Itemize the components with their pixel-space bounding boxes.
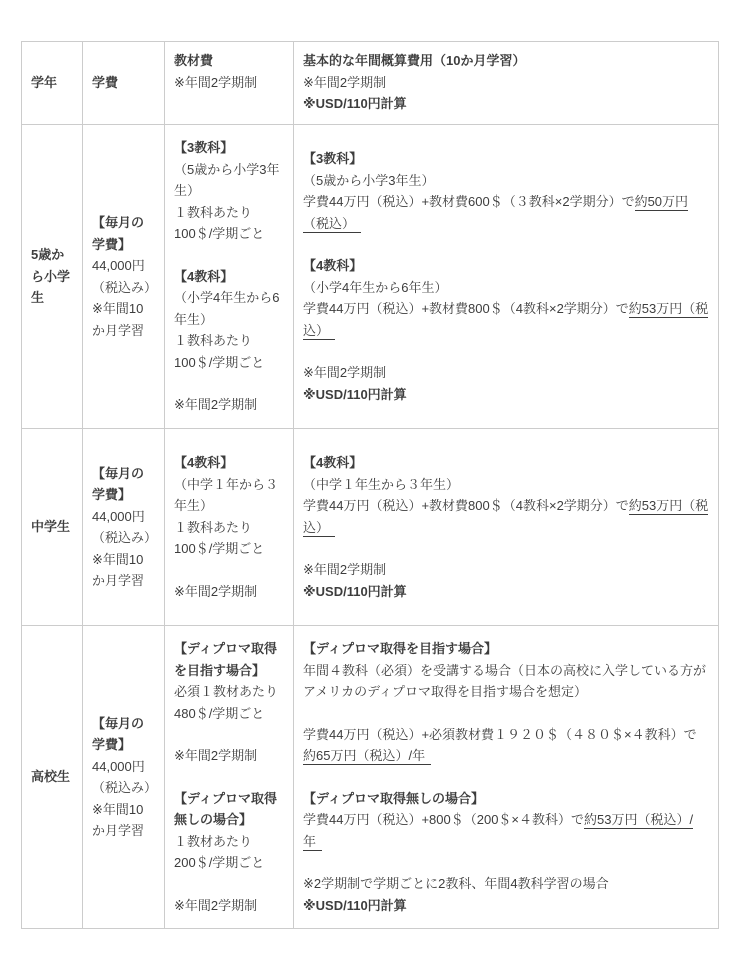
header-estimate-note-usd: ※USD/110円計算 xyxy=(303,93,709,115)
usd-note: ※USD/110円計算 xyxy=(303,581,709,603)
term-note: ※年間2学期制 xyxy=(303,559,709,581)
row-junior-high: 中学生 【毎月の学費】 44,000円（税込み） ※年間10か月学習 【4教科】… xyxy=(22,429,719,626)
tuition-label: 【毎月の学費】 xyxy=(92,713,155,756)
materials-cell: 【4教科】 （中学１年から３年生） １教科あたり100＄/学期ごと ※年間2学期… xyxy=(165,429,294,626)
estimate-formula-line: 学費44万円（税込）+教材費800＄（4教科×2学期分）で約53万円（税込） xyxy=(303,298,709,341)
subject-price: １教科あたり100＄/学期ごと xyxy=(174,202,284,245)
tuition-amount: 44,000円（税込み） xyxy=(92,255,155,298)
tuition-note: ※年間10か月学習 xyxy=(92,799,155,842)
estimate-formula-line: 学費44万円（税込）+800＄（200＄×４教科）で約53万円（税込）/年 xyxy=(303,809,709,852)
subject-price: １教科あたり100＄/学期ごと xyxy=(174,330,284,373)
usd-note: ※USD/110円計算 xyxy=(303,384,709,406)
tuition-cell: 【毎月の学費】 44,000円（税込み） ※年間10か月学習 xyxy=(83,429,165,626)
subject-block-title: 【4教科】 xyxy=(174,452,284,474)
subject-price: １教科あたり100＄/学期ごと xyxy=(174,517,284,560)
fees-table: 学年 学費 教材費 ※年間2学期制 基本的な年間概算費用（10か月学習） ※年間… xyxy=(21,41,719,929)
estimate-formula-line: 学費44万円（税込）+教材費600＄（３教科×2学期分）で約50万円（税込） xyxy=(303,191,709,234)
header-row: 学年 学費 教材費 ※年間2学期制 基本的な年間概算費用（10か月学習） ※年間… xyxy=(22,42,719,125)
diploma-block-title: 【ディプロマ取得無しの場合】 xyxy=(174,788,284,831)
subject-range: （小学4年生から6年生） xyxy=(174,287,284,330)
estimate-total: 約65万円（税込）/年 xyxy=(303,748,431,765)
tuition-note: ※年間10か月学習 xyxy=(92,298,155,341)
estimate-block-title: 【4教科】 xyxy=(303,255,709,277)
subject-range: （5歳から小学3年生） xyxy=(174,159,284,202)
header-materials-title: 教材費 xyxy=(174,50,284,72)
tuition-note: ※年間10か月学習 xyxy=(92,549,155,592)
materials-cell: 【ディプロマ取得を目指す場合】 必須１教材あたり480＄/学期ごと ※年間2学期… xyxy=(165,626,294,929)
term-note: ※年間2学期制 xyxy=(174,745,284,767)
header-materials: 教材費 ※年間2学期制 xyxy=(165,42,294,125)
page: 学年 学費 教材費 ※年間2学期制 基本的な年間概算費用（10か月学習） ※年間… xyxy=(0,0,740,967)
tuition-cell: 【毎月の学費】 44,000円（税込み） ※年間10か月学習 xyxy=(83,626,165,929)
term-note: ※年間2学期制 xyxy=(174,581,284,603)
estimate-cell: 【4教科】 （中学１年生から３年生） 学費44万円（税込）+教材費800＄（4教… xyxy=(294,429,719,626)
diploma-description: 年間４教科（必須）を受講する場合（日本の高校に入学している方がアメリカのディプロ… xyxy=(303,660,709,703)
header-estimate-title: 基本的な年間概算費用（10か月学習） xyxy=(303,50,709,72)
subject-block-title: 【4教科】 xyxy=(174,266,284,288)
estimate-range: （中学１年生から３年生） xyxy=(303,474,709,496)
subject-block-title: 【3教科】 xyxy=(174,137,284,159)
header-grade: 学年 xyxy=(22,42,83,125)
tuition-cell: 【毎月の学費】 44,000円（税込み） ※年間10か月学習 xyxy=(83,125,165,429)
estimate-formula: 学費44万円（税込）+教材費800＄（4教科×2学期分）で xyxy=(303,498,629,513)
subject-range: （中学１年から３年生） xyxy=(174,474,284,517)
estimate-formula: 学費44万円（税込）+800＄（200＄×４教科）で xyxy=(303,812,584,827)
row-high-school: 高校生 【毎月の学費】 44,000円（税込み） ※年間10か月学習 【ディプロ… xyxy=(22,626,719,929)
estimate-cell: 【3教科】 （5歳から小学3年生） 学費44万円（税込）+教材費600＄（３教科… xyxy=(294,125,719,429)
grade-cell: 中学生 xyxy=(22,429,83,626)
term-note: ※年間2学期制 xyxy=(303,362,709,384)
diploma-block-title: 【ディプロマ取得を目指す場合】 xyxy=(303,638,709,660)
header-estimate-note-term: ※年間2学期制 xyxy=(303,72,709,94)
estimate-range: （5歳から小学3年生） xyxy=(303,170,709,192)
estimate-range: （小学4年生から6年生） xyxy=(303,277,709,299)
estimate-block-title: 【3教科】 xyxy=(303,148,709,170)
materials-cell: 【3教科】 （5歳から小学3年生） １教科あたり100＄/学期ごと 【4教科】 … xyxy=(165,125,294,429)
header-materials-note: ※年間2学期制 xyxy=(174,72,284,94)
tuition-label: 【毎月の学費】 xyxy=(92,463,155,506)
header-estimate: 基本的な年間概算費用（10か月学習） ※年間2学期制 ※USD/110円計算 xyxy=(294,42,719,125)
row-elementary: 5歳から小学生 【毎月の学費】 44,000円（税込み） ※年間10か月学習 【… xyxy=(22,125,719,429)
term-note: ※年間2学期制 xyxy=(174,895,284,917)
material-price: 必須１教材あたり480＄/学期ごと xyxy=(174,681,284,724)
estimate-block-title: 【4教科】 xyxy=(303,452,709,474)
usd-note: ※USD/110円計算 xyxy=(303,895,709,917)
tuition-label: 【毎月の学費】 xyxy=(92,212,155,255)
estimate-formula: 学費44万円（税込）+教材費600＄（３教科×2学期分）で xyxy=(303,194,635,209)
estimate-formula-line: 学費44万円（税込）+必須教材費１９２０＄（４８０＄×４教科）で約65万円（税込… xyxy=(303,724,709,767)
tuition-amount: 44,000円（税込み） xyxy=(92,756,155,799)
grade-cell: 5歳から小学生 xyxy=(22,125,83,429)
term-note: ※2学期制で学期ごとに2教科、年間4教科学習の場合 xyxy=(303,873,709,895)
estimate-cell: 【ディプロマ取得を目指す場合】 年間４教科（必須）を受講する場合（日本の高校に入… xyxy=(294,626,719,929)
header-tuition: 学費 xyxy=(83,42,165,125)
estimate-formula: 学費44万円（税込）+教材費800＄（4教科×2学期分）で xyxy=(303,301,629,316)
term-note: ※年間2学期制 xyxy=(174,394,284,416)
diploma-block-title: 【ディプロマ取得を目指す場合】 xyxy=(174,638,284,681)
grade-cell: 高校生 xyxy=(22,626,83,929)
material-price: １教材あたり200＄/学期ごと xyxy=(174,831,284,874)
diploma-block-title: 【ディプロマ取得無しの場合】 xyxy=(303,788,709,810)
estimate-formula-line: 学費44万円（税込）+教材費800＄（4教科×2学期分）で約53万円（税込） xyxy=(303,495,709,538)
tuition-amount: 44,000円（税込み） xyxy=(92,506,155,549)
estimate-formula: 学費44万円（税込）+必須教材費１９２０＄（４８０＄×４教科）で xyxy=(303,727,697,742)
